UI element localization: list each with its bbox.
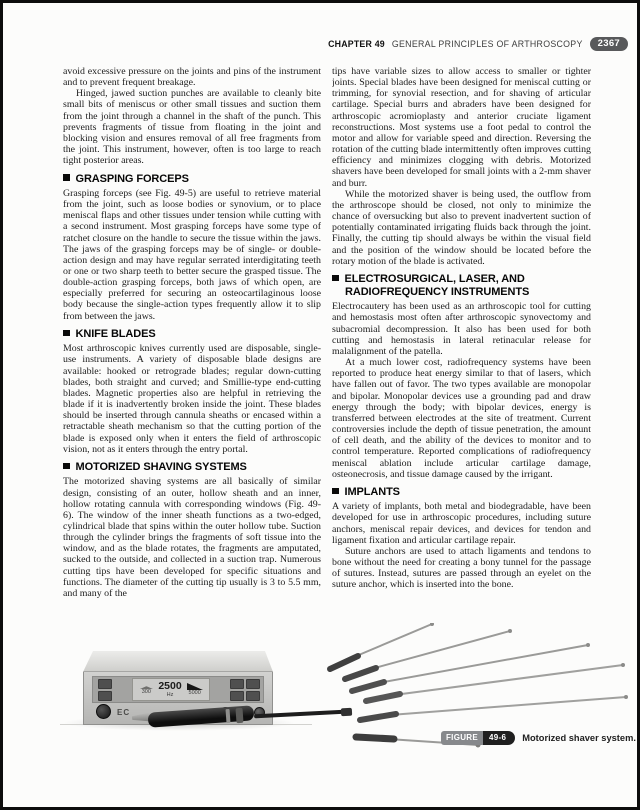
section-heading-knife-blades: KNIFE BLADES	[63, 328, 321, 341]
chapter-label: CHAPTER 49	[328, 39, 385, 49]
section-heading-grasping-forceps: GRASPING FORCEPS	[63, 173, 321, 186]
section-heading-implants: IMPLANTS	[332, 486, 591, 499]
paragraph: Suture anchors are used to attach ligame…	[332, 546, 591, 591]
chapter-title: GENERAL PRINCIPLES OF ARTHROSCOPY	[392, 39, 583, 49]
section-heading-label: MOTORIZED SHAVING SYSTEMS	[76, 461, 247, 473]
section-bullet-icon	[63, 463, 70, 470]
figure-caption-text: Motorized shaver system.	[522, 733, 636, 743]
figure-number-badge: 49-6	[483, 731, 515, 745]
paragraph: Most arthroscopic knives currently used …	[63, 343, 321, 455]
paragraph: While the motorized shaver is being used…	[332, 189, 591, 267]
right-column: tips have variable sizes to allow access…	[332, 66, 591, 622]
paragraph: tips have variable sizes to allow access…	[332, 66, 591, 189]
section-heading-label: ELECTROSURGICAL, LASER, AND	[345, 273, 525, 285]
figure-49-6: 300 2500 Hz 5000	[58, 623, 636, 775]
paragraph: Grasping forceps (see Fig. 49-5) are use…	[63, 188, 321, 322]
book-page: CHAPTER 49 GENERAL PRINCIPLES OF ARTHROS…	[0, 0, 640, 810]
section-heading-label: IMPLANTS	[345, 486, 400, 498]
section-bullet-icon	[63, 330, 70, 337]
section-heading-motorized-shaving: MOTORIZED SHAVING SYSTEMS	[63, 461, 321, 474]
paragraph: The motorized shaving systems are all ba…	[63, 476, 321, 599]
paragraph: At a much lower cost, radiofrequency sys…	[332, 357, 591, 480]
section-bullet-icon	[332, 488, 339, 495]
section-heading-label: GRASPING FORCEPS	[76, 173, 189, 185]
paragraph: Electrocautery has been used as an arthr…	[332, 301, 591, 357]
paragraph: avoid excessive pressure on the joints a…	[63, 66, 321, 88]
paragraph: A variety of implants, both metal and bi…	[332, 501, 591, 546]
heading-line-2: RADIOFREQUENCY INSTRUMENTS	[332, 286, 591, 299]
left-column: avoid excessive pressure on the joints a…	[63, 66, 321, 618]
running-head: CHAPTER 49 GENERAL PRINCIPLES OF ARTHROS…	[3, 36, 628, 52]
figure-caption: FIGURE 49-6 Motorized shaver system.	[441, 731, 636, 745]
page-number-badge: 2367	[590, 37, 628, 51]
paragraph: Hinged, jawed suction punches are availa…	[63, 88, 321, 166]
shaver-blades-illustration	[58, 623, 636, 775]
section-heading-electrosurgical: ELECTROSURGICAL, LASER, AND RADIOFREQUEN…	[332, 273, 591, 299]
section-bullet-icon	[63, 174, 70, 181]
section-heading-label: KNIFE BLADES	[76, 328, 156, 340]
section-bullet-icon	[332, 275, 339, 282]
heading-line-1: ELECTROSURGICAL, LASER, AND	[332, 273, 591, 286]
figure-label-badge: FIGURE	[441, 731, 483, 745]
